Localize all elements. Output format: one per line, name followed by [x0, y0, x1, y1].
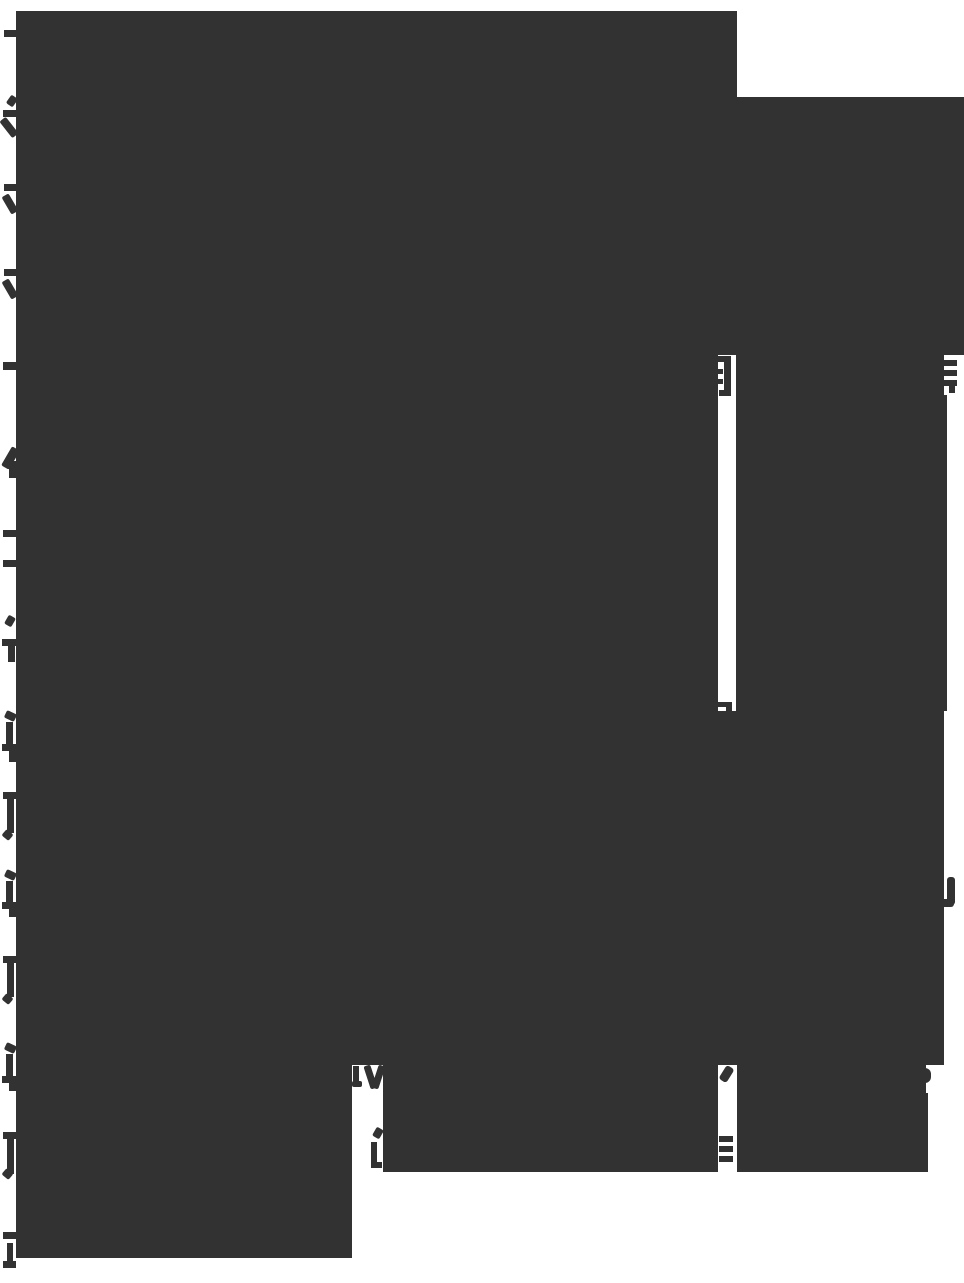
line4-first-char-stroke: [4, 269, 16, 276]
line11-first-char-stroke: [9, 908, 16, 917]
line14-first-char-stroke: [3, 1132, 16, 1139]
redaction-block-band-f-1: [16, 1065, 352, 1093]
redaction-block-band-g-2: [383, 1093, 718, 1172]
line13-first-char-stroke: [6, 1054, 13, 1076]
line12-first-char-stroke: [7, 963, 14, 997]
line5-first-char-stroke: [3, 362, 16, 370]
line15-first-char-stroke: [3, 1261, 16, 1268]
line7-first-char-stroke: [3, 530, 16, 537]
redaction-block-band-f-3: [737, 1065, 926, 1093]
line13-first-char-stroke: [9, 1082, 16, 1091]
line15-first-char-stroke: [7, 1243, 13, 1263]
redaction-block-band-f-2: [383, 1065, 718, 1093]
line9-first-char-stroke: [6, 722, 13, 744]
line14-frag-ji-stroke: [719, 1136, 733, 1142]
redaction-block-band-b: [16, 97, 964, 355]
redaction-block-band-h: [16, 1172, 352, 1258]
redaction-block-band-g-3: [737, 1093, 928, 1172]
redaction-block-band-e: [16, 711, 944, 1065]
redacted-document-page: [0, 0, 964, 1283]
line9-mid-char-top-stroke: [726, 702, 732, 711]
line13-frag-er-stroke: [352, 1081, 362, 1087]
redaction-block-band-d-right: [736, 395, 947, 711]
redaction-block-band-a: [16, 11, 737, 97]
line15-first-char-stroke: [3, 1232, 16, 1239]
line14-frag-yan-stroke: [371, 1162, 382, 1168]
line13-frag-dian-stroke: [718, 1065, 734, 1083]
line11-first-char-stroke: [6, 881, 13, 903]
redaction-block-band-c-right: [736, 355, 944, 395]
line6-first-char-stroke: [9, 461, 16, 478]
line3-first-char-stroke: [4, 184, 16, 191]
line8-first-char-stroke: [2, 639, 16, 646]
line5-end-char-stroke: [944, 370, 957, 376]
line10-first-char-stroke: [3, 792, 16, 799]
line1-first-char-stroke: [4, 30, 16, 37]
line9-first-char-stroke: [2, 744, 16, 751]
line5-end-char-stroke: [949, 383, 955, 393]
line5-mid-char-stroke: [719, 390, 726, 396]
line7-first-char-stroke: [3, 560, 16, 567]
line14-frag-ji-stroke: [719, 1156, 733, 1162]
line9-first-char-stroke: [9, 751, 16, 762]
redaction-block-band-d-left: [16, 395, 718, 711]
line12-first-char-stroke: [3, 956, 16, 963]
line8-first-char-stroke: [4, 615, 16, 628]
line5-end-char-stroke: [944, 360, 957, 366]
line10-first-char-stroke: [7, 799, 14, 833]
redaction-block-band-c-left: [16, 355, 718, 395]
line14-frag-ji-stroke: [719, 1146, 733, 1152]
line2-first-char-stroke: [3, 110, 16, 117]
redaction-block-band-g-1: [16, 1093, 352, 1172]
line8-first-char-stroke: [8, 646, 15, 662]
